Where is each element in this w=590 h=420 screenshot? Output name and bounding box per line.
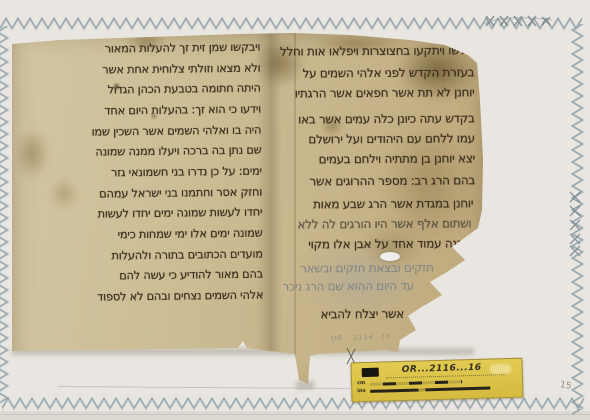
text-line: אלהי השמים נצחים ובהם לא לספוד <box>29 288 263 305</box>
cm-scale-bar <box>370 380 462 385</box>
ins-scale-bar <box>370 387 490 393</box>
text-line: עמו ללחם עם היהודים ועל ירושלם <box>261 131 475 146</box>
text-line: בקדש עתה כיונן כלה עמים אשר באו <box>261 111 475 126</box>
text-line: ימים: על כן נדרו בני חשמונאי גזר <box>28 164 262 181</box>
text-line: יחדו לעשות שמונה ימים יחדו לעשות <box>28 205 262 222</box>
pencil-shelfmark: OR : 2116. 16 <box>331 332 411 343</box>
black-rectangle-logo-icon <box>362 368 379 377</box>
text-line: יוחנן לא תת אשר חפאים אשר הרגתיו <box>260 85 474 100</box>
text-line: וחזק אסר וחתמנו בני ישראל עמהם <box>28 185 262 202</box>
ins-label: ins <box>357 389 365 394</box>
text-line: עד היום ההוא שם הרג ניכר <box>268 279 414 294</box>
text-line: בעזרת הקדש לפני אלהי השמים על <box>260 65 474 80</box>
parchment-hole <box>380 252 400 261</box>
ruler-shelfmark-label: OR...2116...16 <box>386 362 498 375</box>
text-line: ולא מצאו וזולתי צלוחית אחת אשר <box>26 61 260 78</box>
reference-ruler: OR...2116...16 cm ins <box>350 358 523 403</box>
text-line: וידעו כי הוא זך: בהעלות היום אחד <box>27 102 261 119</box>
text-line: שם נתן בה ברכה ויעלו ממנה שמונה <box>27 143 261 160</box>
mat-bottom-strip <box>0 411 590 420</box>
text-line: היתה חתומה בטבעת הכהן הגדול <box>27 81 261 98</box>
text-line: היה בו ואלהי השמים אשר השכין שמו <box>27 123 261 140</box>
cm-label: cm <box>357 381 365 386</box>
text-line: בהם מאור להודיע כי עשה להם <box>29 267 263 284</box>
text-line: בהם הרג רב: מספר ההרוגים אשר <box>261 173 475 188</box>
stitch-flourish-right <box>566 188 584 260</box>
pencil-corner-mark: 15 <box>559 380 572 391</box>
zigzag-border-bottom <box>2 397 588 411</box>
stitch-flourish-top <box>482 10 560 30</box>
manuscript-bifolium: ויבקשו שמן זית זך להעלות המאור ולא מצאו … <box>8 30 486 392</box>
zigzag-border-left <box>0 26 10 406</box>
text-line: ויבקשו שמן זית זך להעלות המאור <box>26 40 260 57</box>
text-line: יוחנן במגדת אשר הרג שבע מאות <box>263 196 473 211</box>
text-line: שמונה ימים אלו ימי שמחות כימי <box>28 226 262 243</box>
text-line: ושתום אלף אשר היו הורגים לה ללא <box>265 216 471 231</box>
text-line: יצא יוחנן בן מתתיה וילחם בעמים <box>261 151 475 166</box>
text-line: שלשו ויתקעו בחצוצרות ויפלאו אות וחלל <box>260 43 474 58</box>
manuscript-photo: 15 ויבקשו שמן זית זך להעלות המאור ולא מצ… <box>0 0 590 420</box>
mat-edge-line <box>0 414 590 415</box>
text-line: חזקים ובצאת חזקים ובשאר <box>268 261 434 276</box>
text-line: מועדים הכתובים בתורה ולהעלות <box>29 247 263 264</box>
text-line: בנה עמוד אחד על אבן אלו מקוי <box>267 236 463 251</box>
text-line: אשר יצלח להביא <box>268 307 404 322</box>
ruler-worn-patch <box>490 364 512 375</box>
